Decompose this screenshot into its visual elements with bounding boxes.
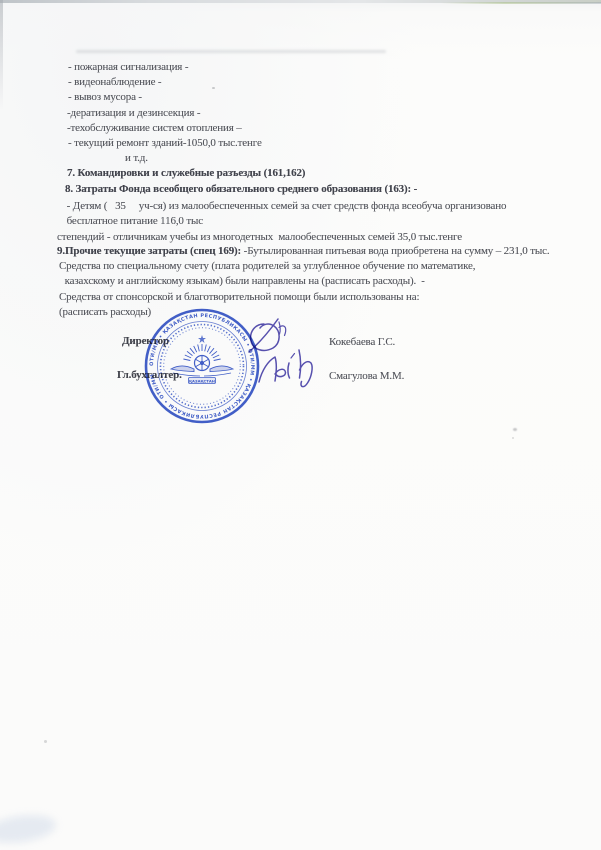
section-9-line: (расписать расходы)	[59, 306, 151, 318]
director-signature-icon	[249, 319, 286, 352]
section-8-line: - Детям ( 35 уч-ся) из малообеспеченных …	[64, 200, 506, 212]
handwritten-signatures	[230, 298, 335, 403]
section-8-heading: 8. Затраты Фонда всеобщего обязательного…	[65, 183, 417, 195]
section-9-line: казахскому и английскому языкам) были на…	[62, 275, 425, 287]
section-8-line: степендий - отличникам учебы из многодет…	[57, 231, 462, 243]
scan-speck	[212, 87, 215, 89]
accountant-name: Смагулова М.М.	[329, 370, 404, 382]
scan-top-edge-tint	[441, 2, 601, 4]
expense-line: -дератизация и дезинсекция -	[67, 107, 200, 119]
accountant-signature-icon	[259, 350, 312, 387]
scan-speck	[512, 437, 514, 439]
section-9-line: Средства по специальному счету (плата ро…	[59, 260, 475, 272]
scan-speck	[44, 740, 47, 743]
expense-line: - текущий ремонт зданий-1050,0 тыс.тенге	[68, 137, 262, 149]
director-name: Кокебаева Г.С.	[329, 336, 395, 348]
scan-artifact-line	[76, 50, 386, 53]
section-9-heading: 9.Прочие текущие затраты (спец 169):	[57, 245, 241, 257]
section-9-heading-line: 9.Прочие текущие затраты (спец 169): -Бу…	[57, 245, 549, 257]
section-7-heading: 7. Командировки и служебные разъезды (16…	[67, 167, 305, 179]
scanned-document-page: - пожарная сигнализация - - видеонаблюде…	[0, 0, 601, 850]
expense-line: -техобслуживание систем отопления –	[67, 122, 242, 134]
expense-etc: и т.д.	[125, 152, 148, 164]
section-9-heading-rest: -Бутылированная питьевая вода приобретен…	[241, 245, 549, 257]
stamp-center-label: ҚАЗАҚСТАН	[189, 378, 215, 383]
section-8-line: бесплатное питание 116,0 тыс	[64, 215, 203, 227]
scan-dot-artifact	[513, 428, 517, 431]
expense-line: - пожарная сигнализация -	[68, 61, 188, 73]
scan-left-edge	[0, 0, 3, 110]
expense-line: - вывоз мусора -	[68, 91, 142, 103]
scan-smudge	[0, 811, 57, 846]
kazakhstan-emblem-icon: ҚАЗАҚСТАН	[171, 335, 233, 384]
expense-line: - видеонаблюдение -	[68, 76, 161, 88]
